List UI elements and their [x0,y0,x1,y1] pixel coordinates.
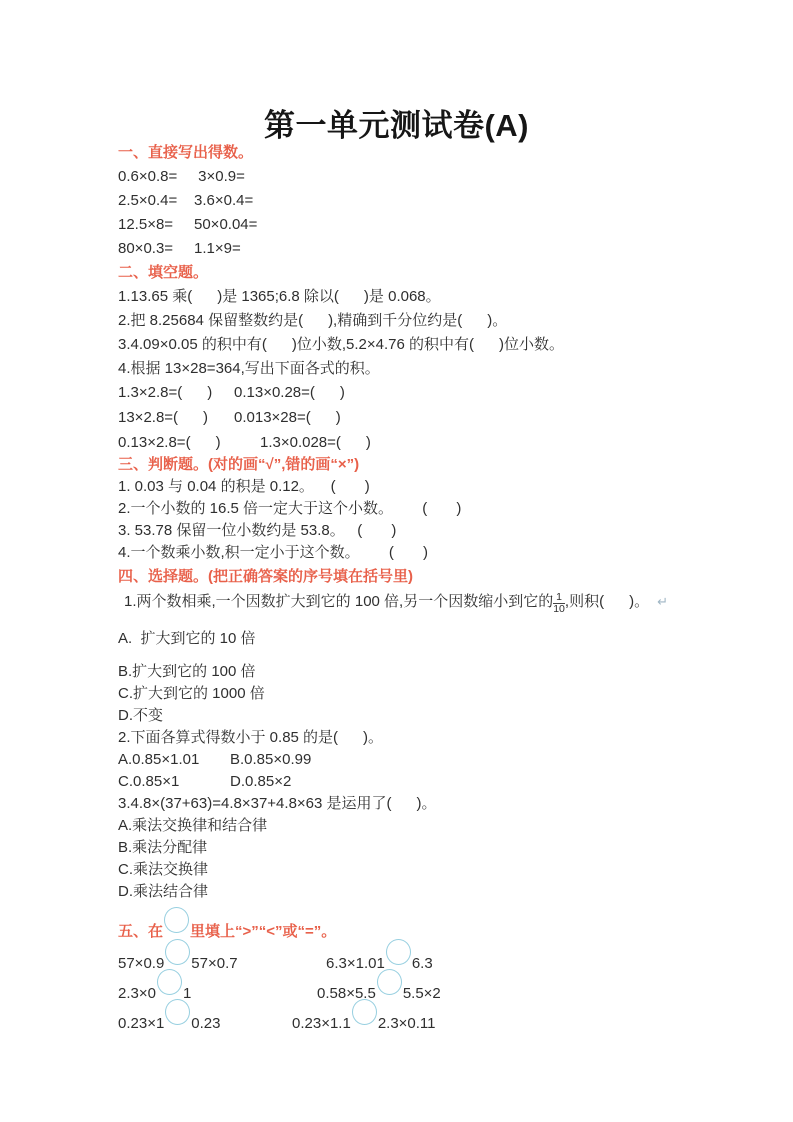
calc-row: 12.5×8=50×0.04= [118,214,257,236]
calc-expression: 1.1×9= [194,240,241,257]
choice-option: C.0.85×1 [118,771,230,793]
section-one-header: 一、直接写出得数。 [118,142,253,164]
section-three-header: 三、判断题。(对的画“√”,错的画“×”) [118,454,359,476]
comparison-row: 57×0.957×0.7 6.3×1.016.3 [0,933,793,961]
product-row: 13×2.8=( )0.013×28=( ) [118,407,341,429]
choice-option: D.乘法结合律 [118,881,208,903]
product-expression: 13×2.8=( ) [118,407,234,429]
comparison-expression: 0.23×1 [118,1015,164,1032]
judgment-item: 3. 53.78 保留一位小数约是 53.8。 ( ) [118,520,396,542]
section-four-header: 四、选择题。(把正确答案的序号填在括号里) [118,566,413,588]
choice-option: C.扩大到它的 1000 倍 [118,683,265,705]
choice-question-1: 1.两个数相乘,一个因数扩大到它的 100 倍,另一个因数缩小到它的110,则积… [124,588,668,616]
question-text: ,则积( )。 [565,593,649,610]
section-five-header: 五、在里填上“>”“<”或“=”。 [118,901,336,929]
choice-option: D.0.85×2 [230,773,291,790]
choice-option: D.不变 [118,705,163,727]
calc-expression: 50×0.04= [194,216,257,233]
choice-question-2: 2.下面各算式得数小于 0.85 的是( )。 [118,727,383,749]
choice-question-3: 3.4.8×(37+63)=4.8×37+4.8×63 是运用了( )。 [118,793,437,815]
fraction-denominator: 10 [553,604,565,615]
calc-row: 80×0.3=1.1×9= [118,238,241,260]
product-expression: 1.3×0.028=( ) [260,434,371,451]
comparison-row: 2.3×01 0.58×5.55.5×2 [0,963,793,991]
answer-circle [165,939,190,965]
choice-option: B.扩大到它的 100 倍 [118,661,256,683]
calc-expression: 12.5×8= [118,214,194,236]
product-row: 1.3×2.8=( )0.13×0.28=( ) [118,382,345,404]
answer-circle [165,999,190,1025]
calc-expression: 2.5×0.4= [118,190,194,212]
comparison-expression: 0.23×1.1 [292,1015,351,1032]
product-expression: 1.3×2.8=( ) [118,382,234,404]
fill-blank-item: 3.4.09×0.05 的积中有( )位小数,5.2×4.76 的积中有( )位… [118,334,564,356]
calc-expression: 0.6×0.8= [118,166,194,188]
comparison-pair: 0.23×10.23 [118,993,221,1038]
comparison-pair: 0.23×1.12.3×0.11 [292,993,436,1038]
fill-blank-item: 1.13.65 乘( )是 1365;6.8 除以( )是 0.068。 [118,286,441,308]
choice-option: B.乘法分配律 [118,837,207,859]
product-expression: 0.13×2.8=( ) [118,432,260,454]
answer-circle [386,939,411,965]
choice-option-row: A.0.85×1.01B.0.85×0.99 [118,749,311,771]
product-expression: 0.013×28=( ) [234,409,341,426]
fill-blank-item: 2.把 8.25684 保留整数约是( ),精确到千分位约是( )。 [118,310,507,332]
question-text: 1.两个数相乘,一个因数扩大到它的 100 倍,另一个因数缩小到它的 [124,593,553,610]
comparison-expression: 2.3×0.11 [378,1015,436,1032]
choice-option-row: C.0.85×1D.0.85×2 [118,771,291,793]
product-row: 0.13×2.8=( )1.3×0.028=( ) [118,432,371,454]
answer-circle [377,969,402,995]
judgment-item: 4.一个数乘小数,积一定小于这个数。 ( ) [118,542,428,564]
product-expression: 0.13×0.28=( ) [234,384,345,401]
calc-row: 2.5×0.4=3.6×0.4= [118,190,253,212]
choice-option: C.乘法交换律 [118,859,208,881]
calc-row: 0.6×0.8= 3×0.9= [118,166,245,188]
answer-circle [352,999,377,1025]
choice-option: A.乘法交换律和结合律 [118,815,267,837]
choice-option: A.0.85×1.01 [118,749,230,771]
page-title: 第一单元测试卷(A) [0,100,793,145]
answer-circle [164,907,189,933]
return-mark-icon: ↵ [657,594,668,609]
fill-blank-item: 4.根据 13×28=364,写出下面各式的积。 [118,358,380,380]
comparison-expression: 0.23 [191,1015,220,1032]
calc-expression: 3.6×0.4= [194,192,253,209]
fraction-one-tenth: 110 [553,592,565,615]
calc-expression: 80×0.3= [118,238,194,260]
calc-expression: 3×0.9= [194,168,245,185]
judgment-item: 2.一个小数的 16.5 倍一定大于这个小数。 ( ) [118,498,461,520]
answer-circle [157,969,182,995]
section-two-header: 二、填空题。 [118,262,208,284]
judgment-item: 1. 0.03 与 0.04 的积是 0.12。 ( ) [118,476,370,498]
comparison-row: 0.23×10.23 0.23×1.12.3×0.11 [0,993,793,1021]
choice-option: B.0.85×0.99 [230,751,311,768]
choice-option: A. 扩大到它的 10 倍 [118,628,256,650]
worksheet-page: 第一单元测试卷(A) 一、直接写出得数。 0.6×0.8= 3×0.9= 2.5… [0,0,793,1122]
